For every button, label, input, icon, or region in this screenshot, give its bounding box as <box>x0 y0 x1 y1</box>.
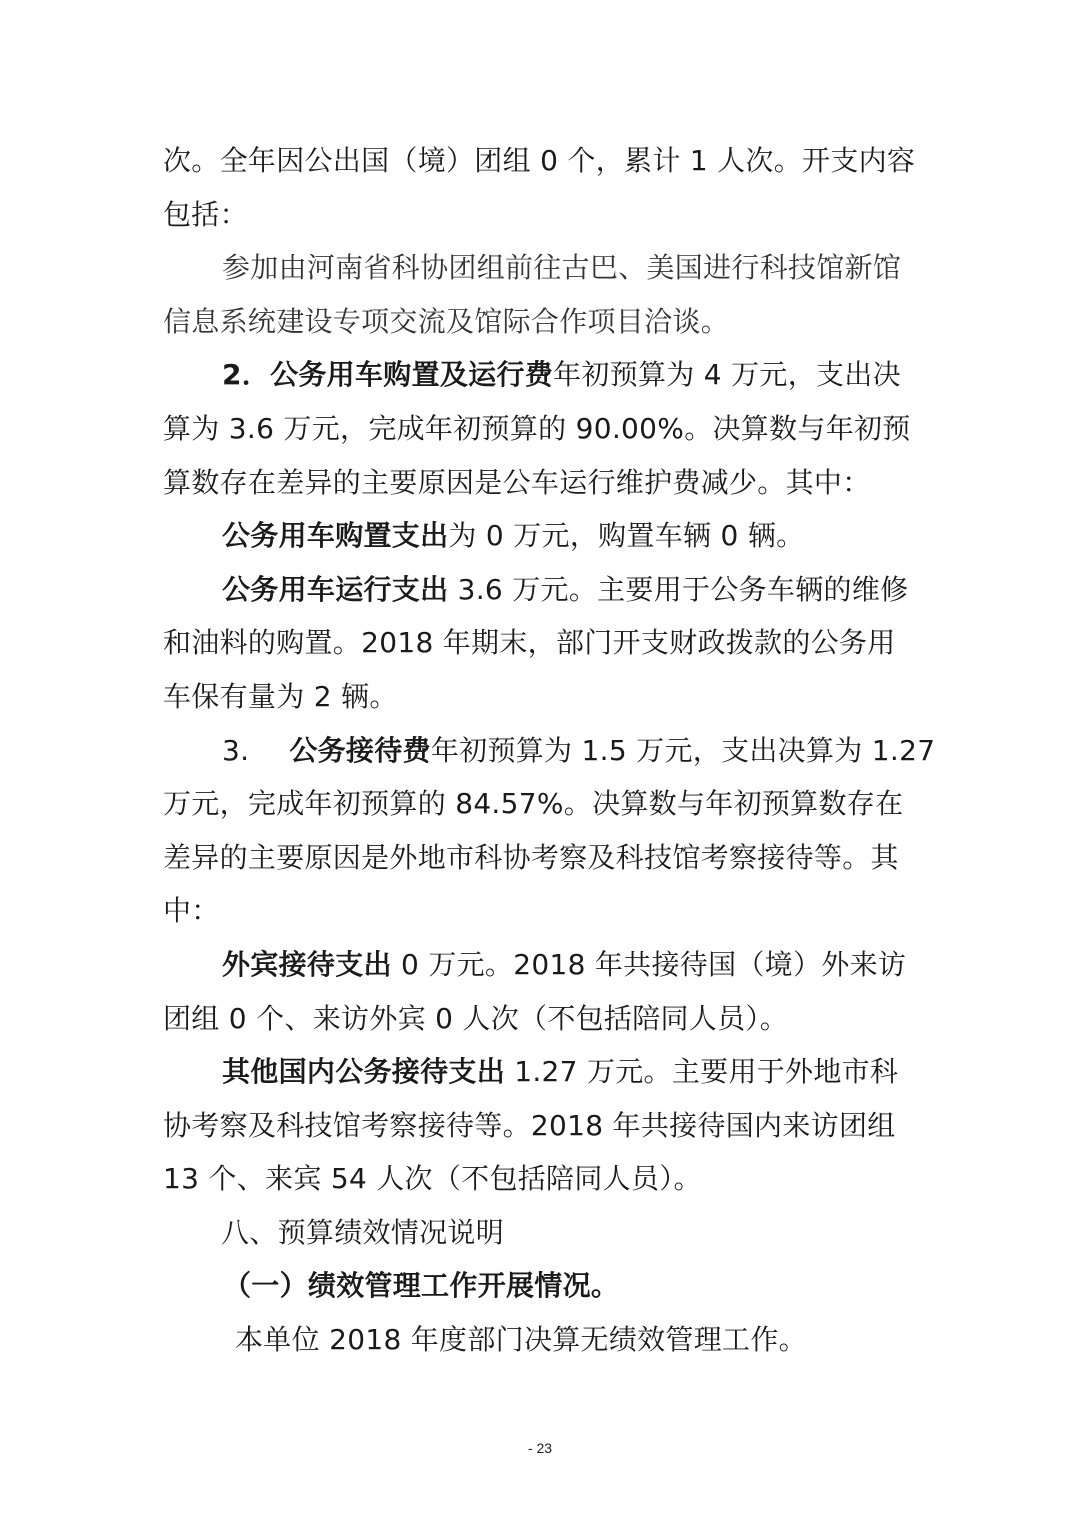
section-reception-costs: 3.公务接待费年初预算为 1.5 万元，支出决算为 1.27 <box>163 724 919 778</box>
heading-text: 八、预算绩效情况说明 <box>221 1216 504 1249</box>
section-heading-bold: 公务接待费 <box>289 734 431 767</box>
label-bold: 外宾接待支出 <box>222 948 392 981</box>
body-text: 协考察及科技馆考察接待等。2018 年共接待国内来访团组 <box>163 1109 896 1142</box>
body-text: 车保有量为 2 辆。 <box>163 680 398 713</box>
body-text: 中： <box>163 894 220 927</box>
subheading-text: （一）绩效管理工作开展情况。 <box>223 1269 619 1302</box>
body-text: 13 个、来宾 54 人次（不包括陪同人员）。 <box>163 1162 702 1195</box>
label-bold: 公务用车运行支出 <box>222 573 448 606</box>
body-text: 信息系统建设专项交流及馆际合作项目洽谈。 <box>163 305 729 338</box>
body-text: 算数存在差异的主要原因是公车运行维护费减少。其中： <box>163 466 871 499</box>
body-text: 次。全年因公出国（境）团组 0 个，累计 1 人次。开支内容 <box>163 144 915 177</box>
section-vehicle-costs: 2．公务用车购置及运行费年初预算为 4 万元，支出决 <box>163 348 919 402</box>
paragraph-trip-description: 参加由河南省科协团组前往古巴、美国进行科技馆新馆 <box>163 241 919 295</box>
text-line: 算数存在差异的主要原因是公车运行维护费减少。其中： <box>163 456 919 510</box>
text-line: 算为 3.6 万元，完成年初预算的 90.00%。决算数与年初预 <box>163 402 919 456</box>
body-text: 为 0 万元，购置车辆 0 辆。 <box>448 519 804 552</box>
body-text: 参加由河南省科协团组前往古巴、美国进行科技馆新馆 <box>222 251 901 284</box>
body-text: 本单位 2018 年度部门决算无绩效管理工作。 <box>235 1323 807 1356</box>
text-line: 13 个、来宾 54 人次（不包括陪同人员）。 <box>163 1152 919 1206</box>
body-text: 0 万元。2018 年共接待国（境）外来访 <box>392 948 906 981</box>
vehicle-purchase-line: 公务用车购置支出为 0 万元，购置车辆 0 辆。 <box>163 509 919 563</box>
text-line: 信息系统建设专项交流及馆际合作项目洽谈。 <box>163 295 919 349</box>
body-text: 算为 3.6 万元，完成年初预算的 90.00%。决算数与年初预 <box>163 412 911 445</box>
body-text: 1.27 万元。主要用于外地市科 <box>505 1055 898 1088</box>
text-line: 万元，完成年初预算的 84.57%。决算数与年初预算数存在 <box>163 777 919 831</box>
vehicle-operation-line: 公务用车运行支出 3.6 万元。主要用于公务车辆的维修 <box>163 563 919 617</box>
body-text: 3.6 万元。主要用于公务车辆的维修 <box>448 573 908 606</box>
body-text: 万元，完成年初预算的 84.57%。决算数与年初预算数存在 <box>163 787 903 820</box>
body-text: 包括： <box>163 198 248 231</box>
body-text: 差异的主要原因是外地市科协考察及科技馆考察接待等。其 <box>163 841 899 874</box>
label-bold: 公务用车购置支出 <box>222 519 448 552</box>
section-heading-bold: 2．公务用车购置及运行费 <box>222 358 553 391</box>
text-line: 车保有量为 2 辆。 <box>163 670 919 724</box>
domestic-reception-line: 其他国内公务接待支出 1.27 万元。主要用于外地市科 <box>163 1045 919 1099</box>
foreign-reception-line: 外宾接待支出 0 万元。2018 年共接待国（境）外来访 <box>163 938 919 992</box>
text-line: 次。全年因公出国（境）团组 0 个，累计 1 人次。开支内容 <box>163 134 919 188</box>
section-number: 3. <box>222 734 249 767</box>
text-line: 和油料的购置。2018 年期末，部门开支财政拨款的公务用 <box>163 616 919 670</box>
chapter-heading-budget-performance: 八、预算绩效情况说明 <box>163 1206 919 1260</box>
text-line: 团组 0 个、来访外宾 0 人次（不包括陪同人员）。 <box>163 992 919 1046</box>
performance-statement: 本单位 2018 年度部门决算无绩效管理工作。 <box>163 1313 919 1367</box>
body-text: 年初预算为 1.5 万元，支出决算为 1.27 <box>431 734 935 767</box>
body-text: 团组 0 个、来访外宾 0 人次（不包括陪同人员）。 <box>163 1002 788 1035</box>
label-bold: 其他国内公务接待支出 <box>222 1055 505 1088</box>
text-line: 中： <box>163 884 919 938</box>
text-line: 包括： <box>163 188 919 242</box>
page-number: - 23 <box>0 1440 1080 1456</box>
subheading-performance-management: （一）绩效管理工作开展情况。 <box>163 1259 919 1313</box>
body-text: 年初预算为 4 万元，支出决 <box>553 358 901 391</box>
document-page: 次。全年因公出国（境）团组 0 个，累计 1 人次。开支内容 包括： 参加由河南… <box>163 134 919 1367</box>
body-text: 和油料的购置。2018 年期末，部门开支财政拨款的公务用 <box>163 626 896 659</box>
text-line: 差异的主要原因是外地市科协考察及科技馆考察接待等。其 <box>163 831 919 885</box>
text-line: 协考察及科技馆考察接待等。2018 年共接待国内来访团组 <box>163 1099 919 1153</box>
